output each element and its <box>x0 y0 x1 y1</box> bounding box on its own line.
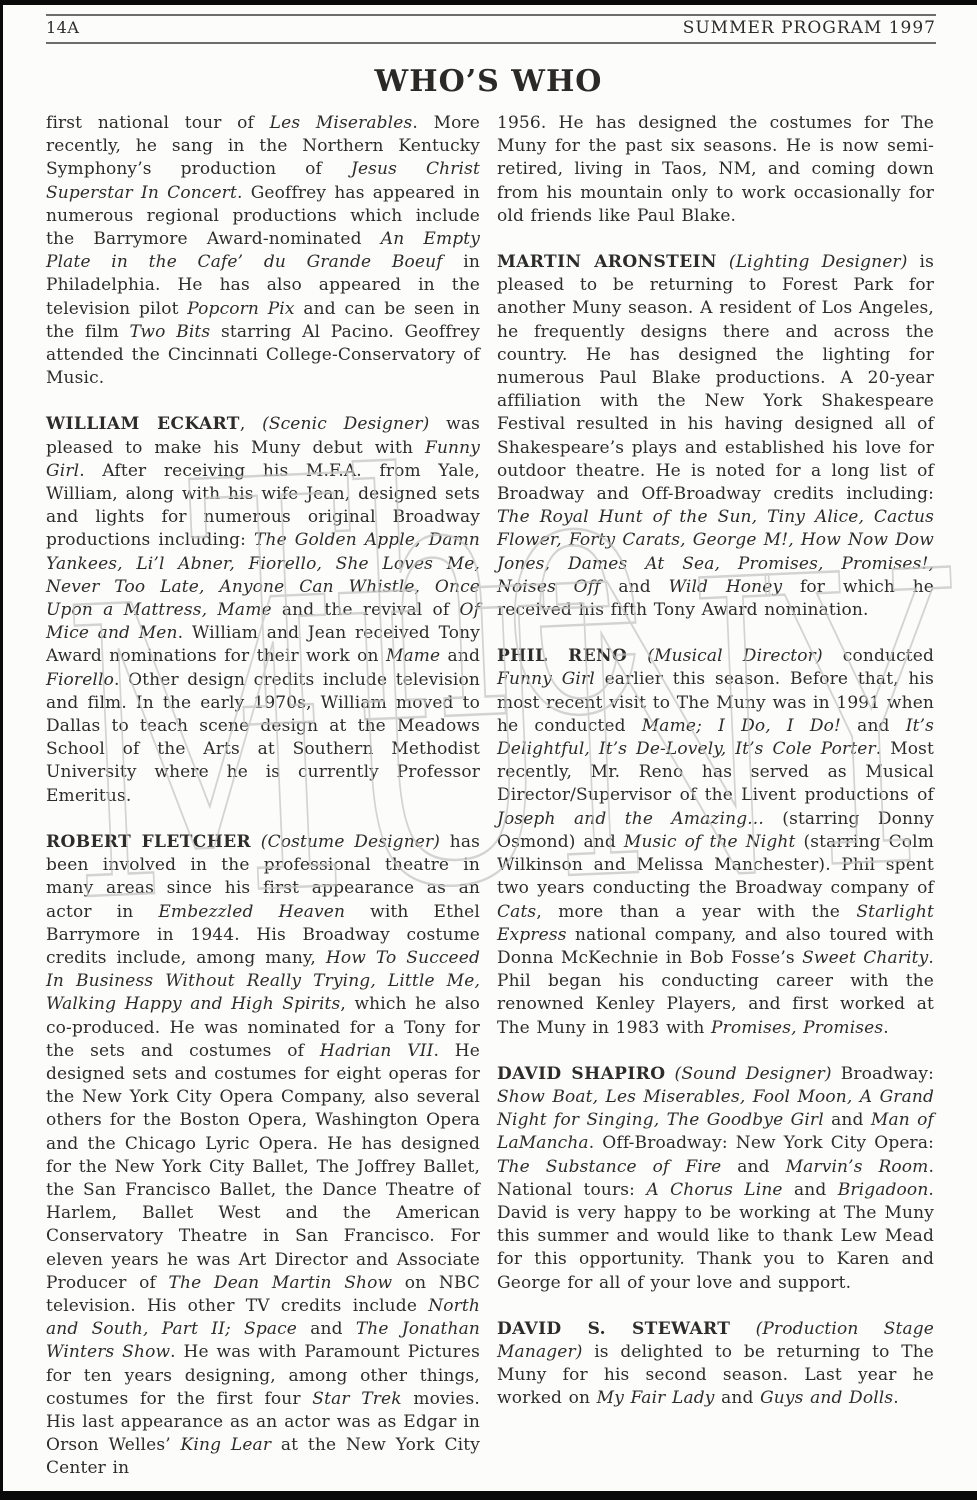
scan-edge-top <box>0 0 977 5</box>
bio-columns: first national tour of Les Miserables. M… <box>46 112 937 1481</box>
page-header: 14A SUMMER PROGRAM 1997 <box>46 14 936 44</box>
bio-paragraph: DAVID SHAPIRO (Sound Designer) Broadway:… <box>497 1063 934 1295</box>
program-title: SUMMER PROGRAM 1997 <box>683 18 936 38</box>
page-title: WHO’S WHO <box>0 64 977 99</box>
bio-paragraph: PHIL RENO (Musical Director) conducted F… <box>497 645 934 1039</box>
bio-paragraph: DAVID S. STEWART (Production Stage Manag… <box>497 1318 934 1411</box>
bio-paragraph: first national tour of Les Miserables. M… <box>46 112 480 390</box>
bio-column-left: first national tour of Les Miserables. M… <box>46 112 480 1481</box>
program-page-scan: 14A SUMMER PROGRAM 1997 WHO’S WHO first … <box>0 0 977 1500</box>
header-bottom-rule <box>46 42 936 44</box>
bio-paragraph: ROBERT FLETCHER (Costume Designer) has b… <box>46 831 480 1481</box>
scan-edge-left <box>0 0 3 1500</box>
bio-column-right: 1956. He has designed the costumes for T… <box>497 112 934 1481</box>
scan-edge-bottom <box>0 1491 977 1500</box>
bio-paragraph: 1956. He has designed the costumes for T… <box>497 112 934 228</box>
page-number: 14A <box>46 18 79 37</box>
bio-paragraph: WILLIAM ECKART, (Scenic Designer) was pl… <box>46 413 480 807</box>
bio-paragraph: MARTIN ARONSTEIN (Lighting Designer) is … <box>497 251 934 622</box>
